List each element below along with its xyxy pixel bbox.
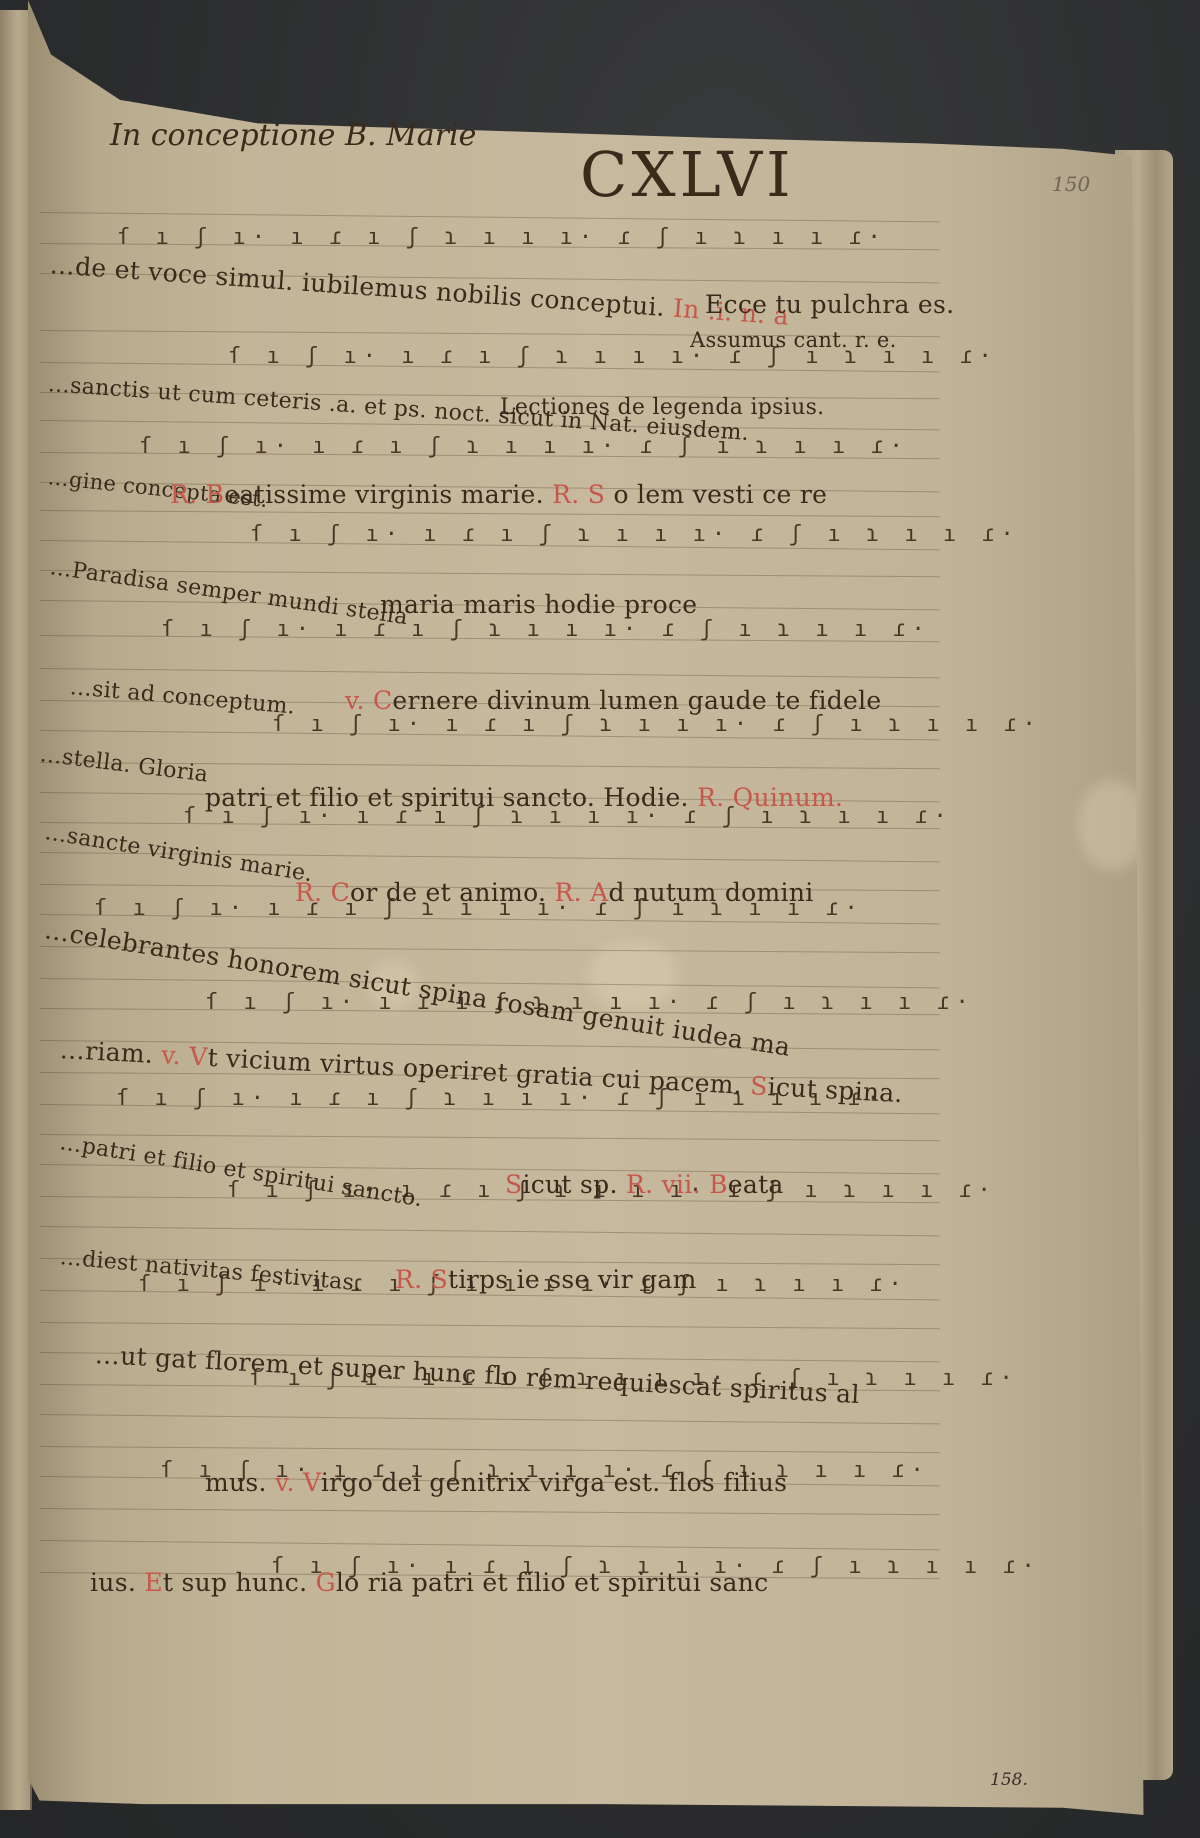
folio-number-roman: CXLVI	[580, 138, 795, 211]
folio-number-bottom: 158.	[990, 1770, 1028, 1790]
text-line-5b: maria maris hodie proce	[380, 590, 697, 619]
left-page-edge	[0, 10, 32, 1810]
neume-row: ſ ı ʃ ı· ı ɾ ı ʃ ɿ ı ı ı· ɾ ʃ ı ɿ ı ı ɾ·	[161, 617, 931, 642]
neume-row: ſ ı ʃ ı· ı ɾ ı ʃ ɿ ı ı ı· ɾ ʃ ı ɿ ı ı ɾ·	[139, 434, 909, 459]
text-line-15: ius. Et sup hunc. Glo ria patri et filio…	[90, 1568, 768, 1597]
text-line-7b: patri et filio et spiritui sancto. Hodie…	[205, 783, 843, 812]
text-line-3b: Lectiones de legenda ipsius.	[500, 395, 824, 420]
neume-row: ſ ı ʃ ı· ı ɾ ı ʃ ɿ ı ı ı· ɾ ʃ ı ɿ ı ı ɾ·	[117, 225, 887, 250]
text-line-12b: R. Stirps ie sse vir gam	[395, 1265, 697, 1294]
text-line-8b: R. Cor de et animo. R. Ad nutum domini	[295, 878, 814, 907]
text-line-2: Assumus cant. r. e.	[690, 328, 897, 352]
text-line-11b: Sicut sp. R. vii. Beata	[505, 1170, 784, 1199]
neume-row: ſ ı ʃ ı· ı ɾ ı ʃ ɿ ı ı ı· ɾ ʃ ı ɿ ı ı ɾ·	[250, 522, 1020, 547]
text-line-4b: R. Beatissime virginis marie. R. S o lem…	[170, 480, 827, 509]
text-line-6b: v. Cernere divinum lumen gaude te fidele	[345, 686, 882, 715]
page-heading: In conceptione B. Marie	[110, 118, 476, 153]
folio-number-pencil: 150	[1052, 172, 1090, 196]
neume-row: ſ ı ʃ ı· ı ɾ ı ʃ ɿ ı ı ı· ɾ ʃ ı ɿ ı ı ɾ·	[272, 712, 1042, 737]
text-line-14: mus. v. Virgo dei genitrix virga est. fl…	[205, 1468, 787, 1497]
text-line-1b: Ecce tu pulchra es.	[705, 290, 954, 319]
